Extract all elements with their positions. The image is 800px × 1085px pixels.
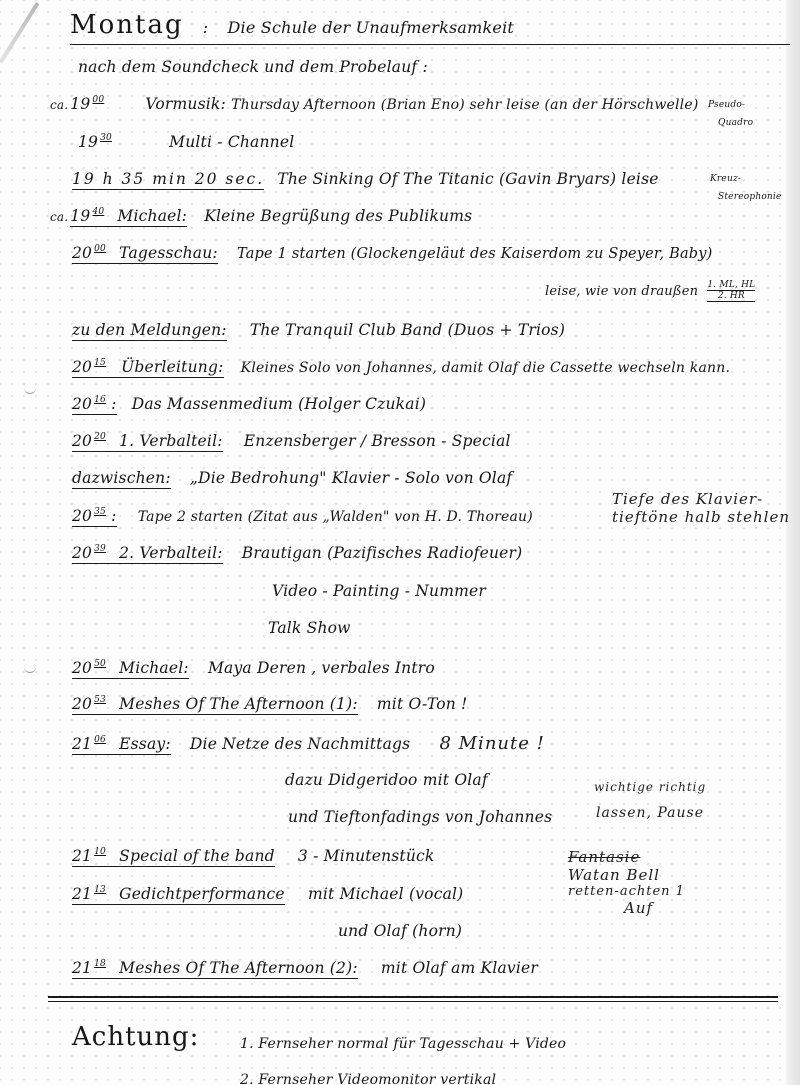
- page-edge: [786, 0, 800, 1085]
- row-label: 1. Verbalteil:: [119, 432, 223, 450]
- row-text: The Tranquil Club Band (Duos + Trios): [250, 321, 565, 339]
- row-text: Die Netze des Nachmittags: [190, 735, 410, 753]
- row-label: Meshes Of The Afternoon (2):: [119, 959, 358, 977]
- row-label: 2. Verbalteil:: [119, 544, 223, 562]
- schedule-row: Video - Painting - Nummer: [272, 582, 486, 600]
- schedule-row: ca.1900 Vormusik: Thursday Afternoon (Br…: [50, 95, 699, 113]
- schedule-row: Talk Show: [268, 619, 351, 637]
- time: 1930: [78, 133, 112, 151]
- time: 19 h 35 min 20 sec.: [72, 170, 264, 190]
- approx-label: ca.: [50, 210, 68, 224]
- schedule-row: 2000 Tagesschau: Tape 1 starten (Glocken…: [72, 244, 713, 262]
- row-text: Enzensberger / Bresson - Special: [244, 432, 511, 450]
- margin-note: Kreuz- Stereophonie: [710, 167, 782, 203]
- row-text: Thursday Afternoon (Brian Eno) sehr leis…: [231, 97, 698, 113]
- time: 2050: [72, 659, 106, 677]
- time: 2053: [72, 695, 106, 713]
- schedule-row: 2035 : Tape 2 starten (Zitat aus „Walden…: [72, 507, 533, 525]
- schedule-row: 1930 Multi - Channel: [78, 133, 294, 151]
- row-label: Essay:: [119, 735, 171, 753]
- time: 2106: [72, 735, 106, 753]
- time: 1940: [70, 207, 104, 225]
- schedule-row: 2020 1. Verbalteil: Enzensberger / Bress…: [72, 432, 511, 450]
- section-divider: [48, 996, 778, 998]
- time: 1900: [70, 95, 104, 113]
- row-text: Tape 2 starten (Zitat aus „Walden" von H…: [138, 509, 533, 525]
- margin-note: Tiefe des Klavier- tieftöne halb stehlen: [612, 490, 790, 526]
- row-label: Michael:: [117, 207, 187, 225]
- punch-hole-mark: [24, 664, 36, 673]
- row-text: mit Olaf am Klavier: [381, 959, 538, 977]
- time: 2015: [72, 358, 106, 376]
- row-label: Special of the band: [119, 847, 275, 865]
- schedule-row: ca.1940 Michael: Kleine Begrüßung des Pu…: [50, 207, 472, 225]
- row-label: Vormusik:: [145, 95, 226, 113]
- row-text: „Die Bedrohung" Klavier - Solo von Olaf: [190, 469, 512, 487]
- notebook-page: Montag : Die Schule der Unaufmerksamkeit…: [0, 0, 800, 1085]
- footer-label: Achtung:: [72, 1022, 199, 1052]
- schedule-row: 2053 Meshes Of The Afternoon (1): mit O-…: [72, 695, 467, 713]
- row-text: Maya Deren , verbales Intro: [208, 659, 435, 677]
- row-text: 3 - Minutenstück: [298, 847, 435, 865]
- title-colon: :: [203, 18, 209, 37]
- schedule-row: 2110 Special of the band 3 - Minutenstüc…: [72, 847, 435, 865]
- row-label: Michael:: [119, 659, 189, 677]
- row-label: :: [111, 395, 116, 413]
- margin-note: Pseudo- Quadro: [708, 93, 753, 129]
- time: 2110: [72, 847, 106, 865]
- time: 2000: [72, 244, 106, 262]
- schedule-row: 2113 Gedichtperformance mit Michael (voc…: [72, 885, 463, 903]
- schedule-row: und Tieftonfadings von Johannes: [288, 808, 552, 826]
- time: 2039: [72, 544, 106, 562]
- row-text: mit O-Ton !: [377, 695, 468, 713]
- row-label: dazwischen:: [72, 469, 171, 489]
- row-text: mit Michael (vocal): [308, 885, 463, 903]
- punch-hole-mark: [24, 385, 36, 394]
- schedule-row: 2050 Michael: Maya Deren , verbales Intr…: [72, 659, 435, 677]
- margin-note: wichtige richtig: [594, 780, 706, 794]
- time: 2118: [72, 959, 106, 977]
- row-text: leise, wie von draußen: [545, 284, 698, 299]
- time: 2113: [72, 885, 106, 903]
- row-label: Meshes Of The Afternoon (1):: [119, 695, 358, 713]
- pen-mark: [0, 2, 39, 63]
- time: 2016: [72, 395, 106, 413]
- row-text: Brautigan (Pazifisches Radiofeuer): [242, 544, 523, 562]
- row-label: zu den Meldungen:: [72, 321, 227, 341]
- approx-label: ca.: [50, 98, 68, 112]
- schedule-row: dazwischen: „Die Bedrohung" Klavier - So…: [72, 469, 512, 487]
- schedule-row: 2039 2. Verbalteil: Brautigan (Pazifisch…: [72, 544, 522, 562]
- schedule-row: 2016 : Das Massenmedium (Holger Czukai): [72, 395, 426, 413]
- speaker-fraction: 1. ML, HL 2. HR: [707, 280, 755, 302]
- time: 2035: [72, 507, 106, 525]
- schedule-row: 2015 Überleitung: Kleines Solo von Johan…: [72, 358, 730, 376]
- row-text: Multi - Channel: [169, 133, 294, 151]
- intro-line: nach dem Soundcheck und dem Probelauf :: [78, 58, 428, 76]
- row-label: Tagesschau:: [119, 244, 218, 262]
- row-text: Das Massenmedium (Holger Czukai): [132, 395, 426, 413]
- schedule-row: 2106 Essay: Die Netze des Nachmittags 8 …: [72, 733, 545, 754]
- footer-item: 2. Fernseher Videomonitor vertikal: [240, 1072, 496, 1085]
- row-label: :: [111, 507, 116, 525]
- schedule-row: und Olaf (horn): [338, 922, 462, 940]
- section-divider: [48, 1001, 778, 1002]
- row-text: Kleines Solo von Johannes, damit Olaf di…: [241, 360, 730, 376]
- margin-note: Fantasie Watan Bell retten-achten 1 Auf: [568, 848, 685, 917]
- margin-note: 8 Minute !: [439, 733, 544, 754]
- row-text: Kleine Begrüßung des Publikums: [204, 207, 472, 225]
- schedule-row: zu den Meldungen: The Tranquil Club Band…: [72, 321, 565, 339]
- row-text: Tape 1 starten (Glockengeläut des Kaiser…: [237, 246, 713, 262]
- title-underline: [70, 44, 790, 45]
- time: 2020: [72, 432, 106, 450]
- schedule-row: dazu Didgeridoo mit Olaf: [285, 771, 488, 789]
- page-title: Montag : Die Schule der Unaufmerksamkeit: [70, 10, 514, 40]
- schedule-row: 19 h 35 min 20 sec. The Sinking Of The T…: [72, 170, 659, 188]
- footer-item: 1. Fernseher normal für Tagesschau + Vid…: [240, 1036, 566, 1052]
- margin-note: lassen, Pause: [596, 805, 704, 821]
- subtitle: Die Schule der Unaufmerksamkeit: [228, 18, 515, 37]
- row-label: Gedichtperformance: [119, 885, 285, 903]
- day-heading: Montag: [70, 10, 184, 40]
- row-text: The Sinking Of The Titanic (Gavin Bryars…: [277, 170, 658, 188]
- row-label: Überleitung:: [121, 358, 223, 376]
- schedule-row: 2118 Meshes Of The Afternoon (2): mit Ol…: [72, 959, 538, 977]
- schedule-row: leise, wie von draußen 1. ML, HL 2. HR: [545, 280, 755, 302]
